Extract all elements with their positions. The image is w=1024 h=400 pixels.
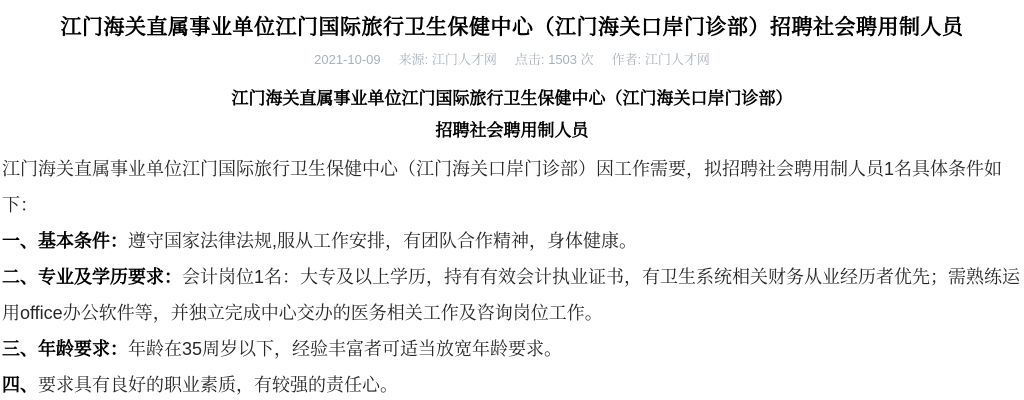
click-count: 点击: 1503 次 [515, 52, 594, 67]
page-title: 江门海关直属事业单位江门国际旅行卫生保健中心（江门海关口岸门诊部）招聘社会聘用制… [2, 15, 1022, 41]
requirement-label-2: 二、专业及学历要求： [2, 267, 182, 287]
requirement-text-3: 年龄在35周岁以下，经验丰富者可适当放宽年龄要求。 [128, 339, 562, 359]
document-subtitle-line1: 江门海关直属事业单位江门国际旅行卫生保健中心（江门海关口岸门诊部） [2, 88, 1022, 110]
requirement-item-4: 四、要求具有良好的职业素质，有较强的责任心。 [2, 367, 1022, 400]
requirement-item-1: 一、基本条件：遵守国家法律法规,服从工作安排，有团队合作精神，身体健康。 [2, 223, 1022, 259]
source-label: 来源: 江门人才网 [399, 52, 497, 67]
requirement-label-3: 三、年龄要求： [2, 339, 128, 359]
requirement-label-1: 一、基本条件： [2, 231, 128, 251]
article-page: 江门海关直属事业单位江门国际旅行卫生保健中心（江门海关口岸门诊部）招聘社会聘用制… [0, 0, 1024, 400]
requirement-text-4: 要求具有良好的职业素质，有较强的责任心。 [38, 375, 398, 395]
publish-date: 2021-10-09 [314, 52, 381, 67]
article-body: 江门海关直属事业单位江门国际旅行卫生保健中心（江门海关口岸门诊部）因工作需要，拟… [2, 151, 1022, 400]
intro-text: 江门海关直属事业单位江门国际旅行卫生保健中心（江门海关口岸门诊部）因工作需要，拟… [2, 159, 1002, 215]
requirement-text-1: 遵守国家法律法规,服从工作安排，有团队合作精神，身体健康。 [128, 231, 637, 251]
article-meta-bar: 2021-10-09来源: 江门人才网点击: 1503 次作者: 江门人才网 [2, 52, 1022, 68]
document-subtitle-line2: 招聘社会聘用制人员 [2, 120, 1022, 142]
requirement-item-3: 三、年龄要求：年龄在35周岁以下，经验丰富者可适当放宽年龄要求。 [2, 331, 1022, 367]
author-label: 作者: 江门人才网 [612, 52, 710, 67]
intro-paragraph: 江门海关直属事业单位江门国际旅行卫生保健中心（江门海关口岸门诊部）因工作需要，拟… [2, 151, 1022, 223]
requirement-label-4: 四、 [2, 375, 38, 395]
requirement-item-2: 二、专业及学历要求：会计岗位1名：大专及以上学历，持有有效会计执业证书，有卫生系… [2, 259, 1022, 331]
